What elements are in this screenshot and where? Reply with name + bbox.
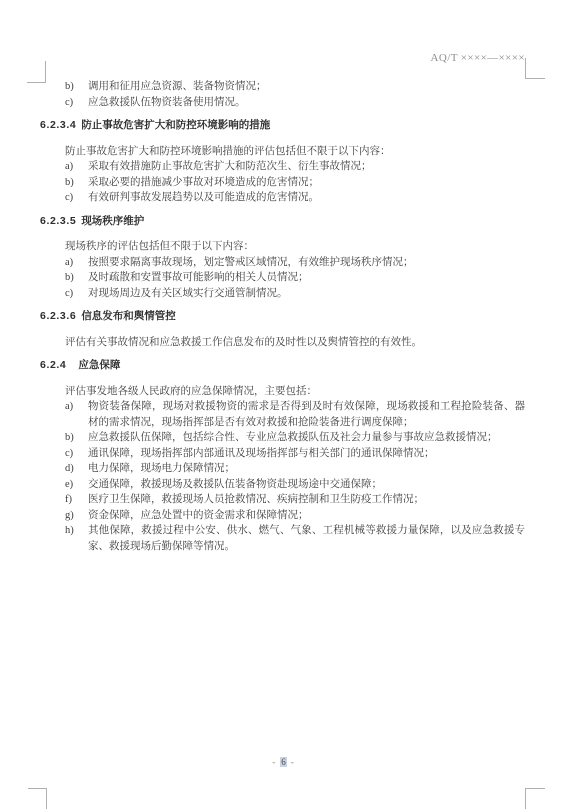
list-item: a) 采取有效措施防止事故危害扩大和防范次生、衍生事故情况；	[40, 159, 525, 175]
list-item-text: 交通保障，救援现场及救援队伍装备物资赴现场途中交通保障；	[88, 479, 382, 490]
list-item: a) 物资装备保障，现场对救援物资的需求是否得到及时有效保障，现场救援和工程抢险…	[40, 399, 525, 430]
list-item-text: 通讯保障，现场指挥部内部通讯及现场指挥部与相关部门的通讯保障情况；	[88, 448, 435, 459]
paragraph: 现场秩序的评估包括但不限于以下内容：	[65, 239, 525, 255]
list-item-text: 其他保障，救援过程中公安、供水、燃气、气象、工程机械等救援力量保障，以及应急救援…	[88, 525, 525, 552]
list-item: b) 调用和征用应急资源、装备物资情况；	[40, 79, 525, 95]
page-number-dash-right: -	[291, 757, 295, 767]
list-item-label: a)	[65, 399, 73, 415]
list-item-label: g)	[65, 508, 74, 524]
list-item-label: d)	[65, 461, 74, 477]
list-item-label: c)	[65, 190, 73, 206]
list-item: c) 通讯保障，现场指挥部内部通讯及现场指挥部与相关部门的通讯保障情况；	[40, 446, 525, 462]
heading-6-2-4: 6.2.4应急保障	[40, 358, 525, 374]
paragraph: 评估有关事故情况和应急救援工作信息发布的及时性以及舆情管控的有效性。	[65, 335, 525, 351]
heading-6-2-3-4: 6.2.3.4防止事故危害扩大和防控环境影响的措施	[40, 118, 525, 134]
layout-corner-mark-bottom-left	[28, 788, 47, 809]
page-number-dash-left: -	[272, 757, 276, 767]
list-item-label: b)	[65, 175, 74, 191]
document-code-header: AQ/T ××××—××××	[431, 52, 525, 64]
list-item-text: 按照要求隔离事故现场，划定警戒区域情况，有效维护现场秩序情况；	[88, 257, 414, 268]
heading-6-2-3-5: 6.2.3.5现场秩序维护	[40, 214, 525, 230]
layout-corner-mark-top-right	[525, 58, 545, 79]
document-body: b) 调用和征用应急资源、装备物资情况； c) 应急救援队伍物资装备使用情况。 …	[40, 79, 525, 554]
heading-number: 6.2.3.4	[40, 119, 76, 131]
heading-6-2-3-6: 6.2.3.6信息发布和舆情管控	[40, 309, 525, 325]
list-item: c) 有效研判事故发展趋势以及可能造成的危害情况。	[40, 190, 525, 206]
page-footer: -6-	[0, 757, 567, 767]
list-item-text: 资金保障，应急处置中的资金需求和保障情况；	[88, 510, 309, 521]
list-item-label: a)	[65, 159, 73, 175]
paragraph: 防止事故危害扩大和防控环境影响措施的评估包括但不限于以下内容：	[65, 144, 525, 160]
list-item-text: 应急救援队伍物资装备使用情况。	[88, 97, 246, 108]
list-item: b) 及时疏散和安置事故可能影响的相关人员情况；	[40, 270, 525, 286]
list-item-label: b)	[65, 270, 74, 286]
list-item-label: c)	[65, 286, 73, 302]
paragraph: 评估事发地各级人民政府的应急保障情况，主要包括：	[65, 384, 525, 400]
list-item-text: 及时疏散和安置事故可能影响的相关人员情况；	[88, 272, 309, 283]
list-item-label: e)	[65, 477, 73, 493]
list-item-label: f)	[65, 492, 72, 508]
list-item: e) 交通保障，救援现场及救援队伍装备物资赴现场途中交通保障；	[40, 477, 525, 493]
list-item-label: h)	[65, 523, 74, 539]
list-item: f) 医疗卫生保障，救援现场人员抢救情况、疾病控制和卫生防疫工作情况；	[40, 492, 525, 508]
list-item: a) 按照要求隔离事故现场，划定警戒区域情况，有效维护现场秩序情况；	[40, 255, 525, 271]
list-item-label: b)	[65, 430, 74, 446]
heading-number: 6.2.3.5	[40, 215, 76, 227]
list-item: b) 应急救援队伍保障，包括综合性、专业应急救援队伍及社会力量参与事故应急救援情…	[40, 430, 525, 446]
list-item: c) 应急救援队伍物资装备使用情况。	[40, 95, 525, 111]
list-item-label: c)	[65, 446, 73, 462]
heading-number: 6.2.3.6	[40, 310, 76, 322]
list-item-text: 采取必要的措施减少事故对环境造成的危害情况；	[88, 177, 319, 188]
heading-title: 现场秩序维护	[81, 215, 144, 227]
list-item-label: c)	[65, 95, 73, 111]
list-item: c) 对现场周边及有关区域实行交通管制情况。	[40, 286, 525, 302]
layout-corner-mark-bottom-right	[525, 788, 545, 809]
list-item: b) 采取必要的措施减少事故对环境造成的危害情况；	[40, 175, 525, 191]
document-page: AQ/T ××××—×××× b) 调用和征用应急资源、装备物资情况； c) 应…	[0, 0, 567, 809]
list-item-label: b)	[65, 79, 74, 95]
list-item-text: 应急救援队伍保障，包括综合性、专业应急救援队伍及社会力量参与事故应急救援情况；	[88, 432, 498, 443]
list-item-text: 医疗卫生保障，救援现场人员抢救情况、疾病控制和卫生防疫工作情况；	[88, 494, 424, 505]
page-number-field: 6	[280, 757, 287, 767]
list-item-text: 电力保障，现场电力保障情况；	[88, 463, 235, 474]
list-item-text: 有效研判事故发展趋势以及可能造成的危害情况。	[88, 192, 319, 203]
list-item: g) 资金保障，应急处置中的资金需求和保障情况；	[40, 508, 525, 524]
list-item: d) 电力保障，现场电力保障情况；	[40, 461, 525, 477]
list-item-text: 调用和征用应急资源、装备物资情况；	[88, 81, 267, 92]
heading-title: 信息发布和舆情管控	[81, 310, 176, 322]
list-item-text: 物资装备保障，现场对救援物资的需求是否得到及时有效保障，现场救援和工程抢险装备、…	[88, 401, 525, 428]
list-item-text: 对现场周边及有关区域实行交通管制情况。	[88, 288, 288, 299]
list-item-text: 采取有效措施防止事故危害扩大和防范次生、衍生事故情况；	[88, 161, 372, 172]
heading-title: 防止事故危害扩大和防控环境影响的措施	[81, 119, 270, 131]
heading-title: 应急保障	[78, 359, 120, 371]
list-item-label: a)	[65, 255, 73, 271]
list-item: h) 其他保障，救援过程中公安、供水、燃气、气象、工程机械等救援力量保障，以及应…	[40, 523, 525, 554]
heading-number: 6.2.4	[40, 359, 66, 371]
